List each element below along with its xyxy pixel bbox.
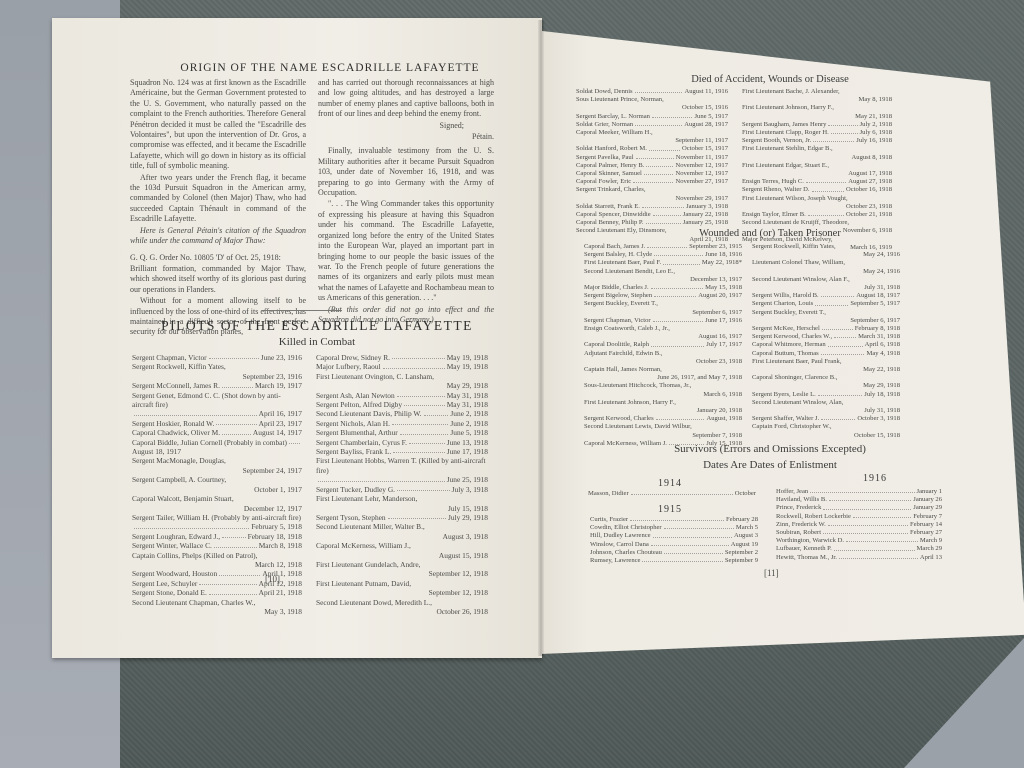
entry-date: October 23, 1918 (584, 358, 742, 366)
list-entry: Soldat Starrett, Frank E.January 3, 1918 (576, 203, 728, 211)
leader-dots (642, 557, 722, 562)
entry-name: Captain Collins, Phelps (Killed on Patro… (132, 551, 257, 560)
list-entry: Sergent Charton, LouisSeptember 5, 1917 (752, 300, 900, 308)
entry-date: July 15, 1918 (316, 504, 488, 513)
entry-date: August 11, 1916 (684, 88, 728, 96)
list-entry: Second Lieutenant Dowd, Meredith L.,Octo… (316, 598, 488, 617)
leader-dots (654, 292, 696, 297)
entry-name: Sergent Barclay, L. Norman (576, 113, 650, 121)
entry-date: July 16, 1918 (856, 137, 892, 145)
entry-date: June 13, 1918 (447, 438, 488, 447)
list-entry: Sergent McKee, HerschelFebruary 8, 1918 (752, 325, 900, 333)
list-entry: Sergent Tyson, StephenJuly 29, 1918 (316, 513, 488, 522)
leader-dots (664, 549, 723, 554)
entry-date: October 21, 1918 (846, 211, 892, 219)
entry-date: September 12, 1918 (316, 569, 488, 578)
entry-name: Hill, Dudley Lawrence (590, 532, 651, 540)
entry-name: First Lieutenant Edgar, Stuart E., (742, 162, 829, 170)
entry-name: Sergent Rheno, Walter D. (742, 186, 810, 194)
wounded-list-col-1: Caporal Bach, James J.September 23, 1915… (584, 243, 742, 448)
leader-dots (392, 419, 448, 425)
page-number-right: [11] (764, 568, 779, 578)
list-entry: Second Lieutenant Bendit, Leo E.,Decembe… (584, 268, 742, 284)
leader-dots (646, 219, 681, 224)
leader-dots (289, 438, 300, 444)
list-entry: Sergent Nichols, Alan H.June 2, 1918 (316, 419, 488, 428)
leader-dots (642, 203, 684, 208)
entry-date: June 23, 1916 (261, 353, 302, 362)
entry-name: First Lieutenant Lehr, Manderson, (316, 494, 417, 503)
leader-dots (635, 88, 683, 93)
entry-name: Second Lieutenant Lewis, David Wilbur, (584, 423, 692, 431)
list-entry: Captain Collins, Phelps (Killed on Patro… (132, 551, 302, 570)
entry-name: Sergent Pavelka, Paul (576, 154, 634, 162)
list-entry: Sergent Chapman, VictorJune 17, 1916 (584, 317, 742, 325)
entry-name: Sergent MacMonagle, Douglas, (132, 456, 226, 465)
list-entry: Second Lieutenant Lewis, David Wilbur,Se… (584, 423, 742, 439)
entry-date: December 12, 1917 (132, 504, 302, 513)
entry-date: September 2 (725, 549, 758, 557)
entry-name: Sergent Tailer, William H. (Probably by … (132, 513, 301, 522)
entry-name: Caporal Skinner, Samuel (576, 170, 642, 178)
leader-dots (647, 243, 687, 248)
leader-dots (392, 353, 445, 359)
list-entry: Second Lieutenant Winslow, Alan,July 31,… (752, 399, 900, 415)
leader-dots (424, 409, 449, 415)
leader-dots (209, 353, 259, 359)
entry-date: September 7, 1918 (584, 432, 742, 440)
entry-date: March 5 (736, 524, 758, 532)
origin-col-1: Squadron No. 124 was at first known as t… (130, 78, 306, 339)
entry-name: Johnson, Charles Chouteau (590, 549, 662, 557)
entry-date: April 21, 1918 (259, 588, 302, 597)
entry-name: Sergent Pelton, Alfred Digby (316, 400, 402, 409)
entry-date: August 8, 1918 (742, 154, 892, 162)
entry-date: January 20, 1918 (584, 407, 742, 415)
entry-name: Sergent Shaffer, Walter J. (752, 415, 819, 423)
entry-name: Sergent Blumenthal, Arthur (316, 428, 398, 437)
origin-para: Here is General Pétain's citation of the… (130, 226, 306, 247)
leader-dots (806, 178, 846, 183)
entry-date: May 21, 1918 (742, 113, 892, 121)
list-entry: Johnson, Charles ChouteauSeptember 2 (590, 549, 758, 557)
pilots-subtitle: Killed in Combat (137, 336, 497, 348)
entry-name: First Lieutenant Putnam, David, (316, 579, 411, 588)
entry-name: First Lieutenant Bache, J. Alexander, (742, 88, 840, 96)
entry-name: Sergent Winter, Wallace C. (132, 541, 212, 550)
list-entry: Sergent Bayliss, Frank L.June 17, 1918 (316, 447, 488, 456)
order-heading: G. Q. G. Order No. 10805 'D' of Oct. 25,… (130, 253, 306, 263)
entry-name: Soldat Starrett, Frank E. (576, 203, 640, 211)
entry-date: September 5, 1917 (850, 300, 900, 308)
entry-date: May 31, 1918 (447, 391, 488, 400)
leader-dots (388, 513, 446, 519)
wounded-list-col-2: Sergent Rockwell, Kiffin Yates,May 24, 1… (752, 243, 900, 440)
leader-dots (222, 381, 253, 387)
list-entry: First Lieutenant Baer, Paul Frank,May 22… (752, 358, 900, 374)
list-entry: Second Lieutenant Chapman, Charles W.,Ma… (132, 598, 302, 617)
entry-name: Caporal Doolittle, Ralph (584, 341, 649, 349)
origin-para: and has carried out thorough reconnaissa… (318, 78, 494, 120)
list-entry: First Lieutenant Johnson, Harry F.,Janua… (584, 399, 742, 415)
entry-name: Sous-Lieutenant Hitchcock, Thomas, Jr., (584, 382, 691, 390)
entry-name: Caporal Palmer, Henry B. (576, 162, 644, 170)
entry-name: Caporal Shoninger, Clarence B., (752, 374, 837, 382)
killed-list-col-2: Caporal Drew, Sidney R.May 19, 1918Major… (316, 353, 488, 616)
entry-name: Sergent Charton, Louis (752, 300, 813, 308)
list-entry: Sergent Pavelka, PaulNovember 11, 1917 (576, 154, 728, 162)
entry-name: Ensign Taylor, Elmer B. (742, 211, 806, 219)
list-entry: First Lieutenant Hobbs, Warren T. (Kille… (316, 456, 488, 484)
entry-date: February 18, 1918 (248, 532, 302, 541)
entry-date: March 6, 1918 (584, 391, 742, 399)
leader-dots (222, 428, 251, 434)
entry-date: April 13 (920, 554, 942, 562)
entry-name: Sergent Tyson, Stephen (316, 513, 386, 522)
list-entry: Sergent Stone, Donald E.April 21, 1918 (132, 588, 302, 597)
entry-date: March 9 (920, 537, 942, 545)
pilots-title: Pilots of the Escadrille Lafayette (137, 318, 497, 334)
entry-date: February 5, 1918 (251, 522, 302, 531)
entry-date: August 19 (731, 541, 758, 549)
divider (262, 310, 342, 311)
entry-name: Second Lieutenant Bendit, Leo E., (584, 268, 675, 276)
entry-date: August 15, 1918 (316, 551, 488, 560)
entry-name: Sergent Rockwell, Kiffin Yates, (752, 243, 836, 251)
list-entry: Caporal Buttum, ThomasMay 4, 1918 (752, 350, 900, 358)
list-entry: Ensign Terres, Hugh C.August 27, 1918 (742, 178, 892, 186)
entry-date: August 14, 1917 (253, 428, 302, 437)
list-entry: Haviland, Willis B.January 26 (776, 496, 942, 504)
entry-name: Sergent Ash, Alan Newton (316, 391, 395, 400)
entry-name: Caporal McKerness, William J., (316, 541, 411, 550)
leader-dots (318, 475, 445, 481)
entry-date: October 26, 1918 (316, 607, 488, 616)
list-entry: Sergent Kerwood, CharlesAugust, 1918 (584, 415, 742, 423)
entry-date: November 12, 1917 (675, 162, 728, 170)
entry-date: August, 1918 (706, 415, 742, 423)
entry-date: January 22, 1918 (683, 211, 728, 219)
list-entry: Sergent Bigelow, StephenAugust 20, 1917 (584, 292, 742, 300)
entry-name: Second Lieutenant Chapman, Charles W., (132, 598, 255, 607)
leader-dots (654, 251, 703, 256)
entry-date: September 9 (725, 557, 758, 565)
leader-dots (134, 522, 249, 528)
entry-date: May 8, 1918 (742, 96, 892, 104)
entry-name: Sergent Campbell, A. Courtney, (132, 475, 226, 484)
list-entry: Sergent Byers, Leslie L.July 18, 1918 (752, 391, 900, 399)
leader-dots (834, 545, 915, 550)
list-entry: Soldat Grier, NormanAugust 28, 1917 (576, 121, 728, 129)
entry-name: First Lieutenant Baer, Paul F. (584, 259, 661, 267)
entry-date: August 20, 1917 (698, 292, 742, 300)
list-entry: Sergent Genet, Edmond C. C. (Shot down b… (132, 391, 302, 419)
list-entry: Caporal Shoninger, Clarence B.,May 29, 1… (752, 374, 900, 390)
signed-label: Signed; (318, 121, 494, 131)
list-entry: Adjutant Fairchild, Edwin B.,October 23,… (584, 350, 742, 366)
entry-name: Ensign Terres, Hugh C. (742, 178, 804, 186)
entry-date: March 31, 1918 (858, 333, 900, 341)
list-entry: First Lieutenant Clapp, Roger H.July 6, … (742, 129, 892, 137)
list-entry: Sous-Lieutenant Hitchcock, Thomas, Jr.,M… (584, 382, 742, 398)
entry-name: Sergent Tucker, Dudley G. (316, 485, 395, 494)
entry-date: October 1, 1917 (132, 485, 302, 494)
entry-name: Sergent Lee, Schuyler (132, 579, 197, 588)
list-entry: Captain Ford, Christopher W.,October 15,… (752, 423, 900, 439)
entry-name: First Lieutenant Gundelach, Andre, (316, 560, 420, 569)
leader-dots (400, 428, 449, 434)
list-entry: Caporal Spencer, DinwiddieJanuary 22, 19… (576, 211, 728, 219)
entry-name: Hewitt, Thomas M., Jr. (776, 554, 837, 562)
entry-name: Soldat Hanford, Robert M. (576, 145, 647, 153)
entry-date: May 24, 1916 (752, 251, 900, 259)
entry-date: October 16, 1918 (846, 186, 892, 194)
entry-name: Sergent Chapman, Victor (132, 353, 207, 362)
entry-date: August 27, 1918 (848, 178, 892, 186)
list-entry: Hoffer, JeanJanuary 1 (776, 488, 942, 496)
leader-dots (651, 541, 729, 546)
entry-name: Sergent Willis, Harold B. (752, 292, 819, 300)
leader-dots (846, 537, 918, 542)
origin-title: Origin of the Name Escadrille Lafayette (165, 62, 495, 74)
list-entry: Soldat Dowd, DennisAugust 11, 1916 (576, 88, 728, 96)
list-entry: Sergent Tucker, Dudley G.July 3, 1918 (316, 485, 488, 494)
entry-name: First Lieutenant Wilson, Joseph Vought, (742, 195, 848, 203)
list-entry: Caporal Benney, Philip P.January 25, 191… (576, 219, 728, 227)
list-entry: Sergent Pelton, Alfred DigbyMay 31, 1918 (316, 400, 488, 409)
year-1914: 1914 (630, 478, 710, 489)
list-entry: Sergent MacMonagle, Douglas,September 24… (132, 456, 302, 475)
entry-name: Sergent Stone, Donald E. (132, 588, 207, 597)
list-entry: Sergent Hoskier, Ronald W.April 23, 1917 (132, 419, 302, 428)
list-entry: Sergent McConnell, James R.March 19, 191… (132, 381, 302, 390)
leader-dots (134, 409, 257, 415)
leader-dots (214, 541, 257, 547)
list-entry: Major Biddle, Charles J.May 15, 1918 (584, 284, 742, 292)
leader-dots (823, 504, 911, 509)
list-entry: Masson, DidierOctober (588, 490, 756, 498)
list-entry: First Lieutenant Gundelach, Andre,Septem… (316, 560, 488, 579)
entry-date: June 26, 1917, and May 7, 1918 (584, 374, 742, 382)
list-entry: Caporal Fowler, EricNovember 27, 1917 (576, 178, 728, 186)
leader-dots (397, 485, 450, 491)
list-entry: Sergent Rockwell, Kiffin Yates,September… (132, 362, 302, 381)
entry-name: First Lieutenant Ovington, C. Lansham, (316, 372, 434, 381)
right-page: Died of Accident, Wounds or Disease Sold… (540, 18, 1024, 654)
entry-name: Soldat Dowd, Dennis (576, 88, 633, 96)
list-entry: Sous Lieutenant Prince, Norman,October 1… (576, 96, 728, 112)
leader-dots (821, 350, 865, 355)
list-entry: First Lieutenant Wilson, Joseph Vought,O… (742, 195, 892, 211)
list-entry: Sergent Buckley, Everett T.,September 6,… (752, 309, 900, 325)
entry-date: September 6, 1917 (752, 317, 900, 325)
entry-name: Sergent Buckley, Everett T., (752, 309, 826, 317)
entry-date: June 25, 1918 (447, 475, 488, 484)
entry-name: Sergent Buckley, Everett T., (584, 300, 658, 308)
entry-name: Lieutenant Colonel Thaw, William, (752, 259, 845, 267)
entry-name: Sergent Bigelow, Stephen (584, 292, 652, 300)
leader-dots (631, 490, 733, 495)
entry-name: Haviland, Willis B. (776, 496, 827, 504)
entry-name: Sergent Bayliss, Frank L. (316, 447, 391, 456)
list-entry: First Lieutenant Lehr, Manderson,July 15… (316, 494, 488, 513)
list-entry: Second Lieutenant Davis, Philip W.June 2… (316, 409, 488, 418)
entry-date: January 25, 1918 (683, 219, 728, 227)
entry-date: January 1 (917, 488, 942, 496)
leader-dots (651, 284, 704, 289)
entry-date: May 3, 1918 (132, 607, 302, 616)
entry-date: February 7 (913, 513, 942, 521)
origin-col-2: and has carried out thorough reconnaissa… (318, 78, 494, 326)
entry-name: Sergent Kerwood, Charles (584, 415, 654, 423)
leader-dots (646, 162, 673, 167)
entry-date: May 4, 1918 (866, 350, 900, 358)
list-entry: Curtis, FrazierFebruary 28 (590, 516, 758, 524)
list-entry: Caporal Doolittle, RalphJuly 17, 1917 (584, 341, 742, 349)
leader-dots (828, 341, 863, 346)
entry-name: Sergent Booth, Vernon, Jr. (742, 137, 811, 145)
entry-name: Caporal Walcott, Benjamin Stuart, (132, 494, 234, 503)
entry-name: Masson, Didier (588, 490, 629, 498)
entry-name: Caporal Whitmore, Herman (752, 341, 826, 349)
entry-name: Hoffer, Jean (776, 488, 808, 496)
entry-date: May 29, 1918 (316, 381, 488, 390)
list-entry: Major Lufbery, RaoulMay 19, 1918 (316, 362, 488, 371)
entry-date: May 31, 1918 (447, 400, 488, 409)
year-1916: 1916 (835, 473, 915, 484)
page-number-left: [10] (265, 574, 280, 584)
list-entry: First Lieutenant Stehlin, Edgar B.,Augus… (742, 145, 892, 161)
entry-date: September 6, 1917 (584, 309, 742, 317)
entry-name: Zinn, Frederick W. (776, 521, 826, 529)
list-entry: Soldat Hanford, Robert M.October 15, 191… (576, 145, 728, 153)
entry-name: Sergent McKee, Herschel (752, 325, 820, 333)
entry-name: Soubiran, Robert (776, 529, 821, 537)
entry-date: September 23, 1916 (132, 372, 302, 381)
list-entry: Sergent Winter, Wallace C.March 8, 1918 (132, 541, 302, 550)
entry-date: October 23, 1918 (742, 203, 892, 211)
leader-dots (829, 496, 911, 501)
origin-para: Brilliant formation, commanded by Major … (130, 264, 306, 295)
entry-date: June 17, 1916 (705, 317, 742, 325)
list-entry: Second Lieutenant Miller, Walter B.,Augu… (316, 522, 488, 541)
entry-date: April 6, 1918 (865, 341, 900, 349)
entry-date: August 18, 1917 (856, 292, 900, 300)
leader-dots (813, 137, 854, 142)
entry-date: May 19, 1918 (447, 353, 488, 362)
leader-dots (209, 588, 257, 594)
leader-dots (818, 391, 862, 396)
entry-name: Second Lieutenant de Kruijff, Theodore, (742, 219, 849, 227)
leader-dots (822, 325, 853, 330)
leader-dots (812, 186, 845, 191)
origin-para: Finally, invaluable testimony from the U… (318, 146, 494, 198)
leader-dots (663, 259, 700, 264)
leader-dots (821, 415, 855, 420)
entry-date: November 29, 1917 (576, 195, 728, 203)
list-entry: Ensign Coatsworth, Caleb J., Jr.,August … (584, 325, 742, 341)
list-entry: Sergent Baugham, James HenryJuly 2, 1918 (742, 121, 892, 129)
entry-name: Major Lufbery, Raoul (316, 362, 381, 371)
leader-dots (635, 121, 682, 126)
quote-para: ". . . The Wing Commander takes this opp… (318, 199, 494, 303)
entry-date: August 3 (734, 532, 758, 540)
list-entry: Rumsey, LawrenceSeptember 9 (590, 557, 758, 565)
list-entry: Caporal Bach, James J.September 23, 1915 (584, 243, 742, 251)
entry-name: Rockwell, Robert Lockerbie (776, 513, 851, 521)
entry-date: July 3, 1918 (452, 485, 488, 494)
survivors-1915-list: Curtis, FrazierFebruary 28Cowdin, Elliot… (590, 516, 758, 565)
survivors-subtitle: Dates Are Dates of Enlistment (620, 459, 920, 471)
list-entry: Hill, Dudley LawrenceAugust 3 (590, 532, 758, 540)
list-entry: Sergent Ash, Alan NewtonMay 31, 1918 (316, 391, 488, 400)
entry-date: July 29, 1918 (448, 513, 488, 522)
leader-dots (664, 524, 734, 529)
entry-date: September 24, 1917 (132, 466, 302, 475)
entry-name: Caporal Biddle, Julian Cornell (Probably… (132, 438, 287, 447)
list-entry: Caporal McKerness, William J.,August 15,… (316, 541, 488, 560)
leader-dots (409, 438, 445, 444)
entry-name: Sergent Balsley, H. Clyde (584, 251, 652, 259)
entry-name: Second Lieutenant Winslow, Alan, (752, 399, 843, 407)
list-entry: Soubiran, RobertFebruary 27 (776, 529, 942, 537)
list-entry: Caporal Drew, Sidney R.May 19, 1918 (316, 353, 488, 362)
list-entry: Prince, FrederickJanuary 29 (776, 504, 942, 512)
entry-name: Curtis, Frazier (590, 516, 628, 524)
list-entry: Sergent Buckley, Everett T.,September 6,… (584, 300, 742, 316)
list-entry: Sergent Rockwell, Kiffin Yates,May 24, 1… (752, 243, 900, 259)
entry-name: Soldat Grier, Norman (576, 121, 633, 129)
entry-date: October 3, 1918 (857, 415, 900, 423)
entry-date: May 22, 1918* (702, 259, 742, 267)
leader-dots (815, 300, 848, 305)
list-entry: Sergent Rheno, Walter D.October 16, 1918 (742, 186, 892, 194)
list-entry: Second Lieutenant Winslow, Alan F.,July … (752, 276, 900, 292)
entry-name: Adjutant Fairchild, Edwin B., (584, 350, 662, 358)
origin-para: Squadron No. 124 was at first known as t… (130, 78, 306, 172)
entry-name: Winslow, Carrol Dana (590, 541, 649, 549)
entry-name: Caporal Fowler, Eric (576, 178, 631, 186)
list-entry: Caporal Chadwick, Oliver M.August 14, 19… (132, 428, 302, 437)
entry-name: Worthington, Warwick D. (776, 537, 844, 545)
leader-dots (651, 341, 704, 346)
entry-name: Caporal Buttum, Thomas (752, 350, 819, 358)
leader-dots (216, 419, 256, 425)
entry-date: May 22, 1918 (752, 366, 900, 374)
list-entry: First Lieutenant Johnson, Harry F.,May 2… (742, 104, 892, 120)
list-entry: First Lieutenant Baer, Paul F.May 22, 19… (584, 259, 742, 267)
entry-date: November 27, 1917 (675, 178, 728, 186)
leader-dots (653, 532, 732, 537)
entry-date: September 11, 1917 (576, 137, 728, 145)
leader-dots (393, 447, 445, 453)
entry-date: February 14 (910, 521, 942, 529)
entry-date: July 6, 1918 (860, 129, 892, 137)
entry-date: July 31, 1918 (752, 407, 900, 415)
entry-name: Sergent Loughran, Edward J., (132, 532, 220, 541)
entry-name: Sergent McConnell, James R. (132, 381, 220, 390)
entry-date: July 17, 1917 (706, 341, 742, 349)
entry-date: June 2, 1918 (450, 419, 488, 428)
entry-date: February 8, 1918 (855, 325, 900, 333)
entry-name: Cowdin, Elliot Christopher (590, 524, 662, 532)
list-entry: First Lieutenant Putnam, David,September… (316, 579, 488, 598)
entry-name: Sergent Trinkard, Charles, (576, 186, 645, 194)
entry-date: December 13, 1917 (584, 276, 742, 284)
list-entry: Caporal Whitmore, HermanApril 6, 1918 (752, 341, 900, 349)
entry-name: Sous Lieutenant Prince, Norman, (576, 96, 664, 104)
list-entry: Sergent Chamberlain, Cyrus F.June 13, 19… (316, 438, 488, 447)
